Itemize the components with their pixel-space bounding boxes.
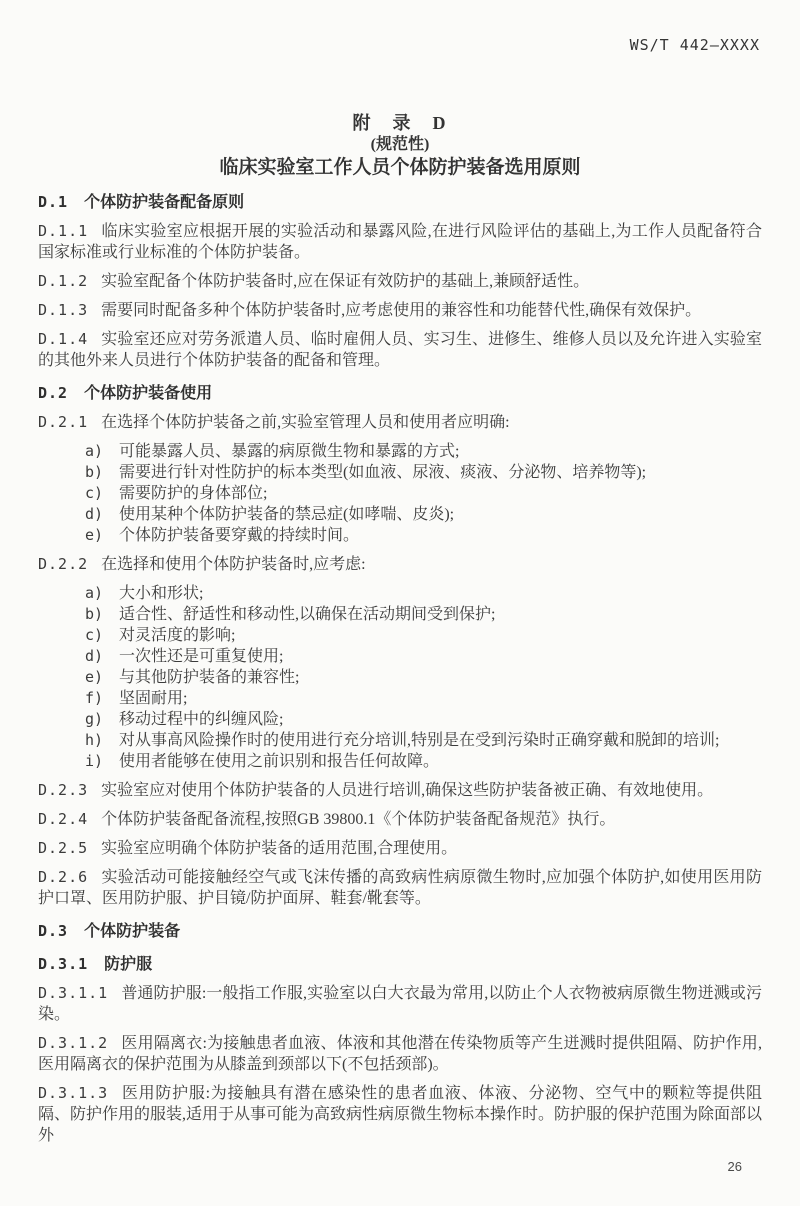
clause-list: a)大小和形状;b)适合性、舒适性和移动性,以确保在活动期间受到保护;c)对灵活…	[38, 583, 762, 772]
document-body: D.1个体防护装备配备原则D.1.1临床实验室应根据开展的实验活动和暴露风险,在…	[0, 192, 800, 1146]
clause-number: D.2.4	[38, 810, 88, 828]
list-item: d)一次性还是可重复使用;	[38, 646, 762, 667]
clause-text: 医用防护服:为接触具有潜在感染性的患者血液、体液、分泌物、空气中的颗粒等提供阻隔…	[38, 1085, 762, 1144]
clause-number: D.3.1.1	[38, 984, 108, 1002]
clause-number: D.3.1.2	[38, 1034, 108, 1052]
clause-text: 临床实验室应根据开展的实验活动和暴露风险,在进行风险评估的基础上,为工作人员配备…	[38, 223, 762, 261]
section-heading: D.1个体防护装备配备原则	[38, 192, 762, 213]
appendix-title-block: 附 录 D (规范性) 临床实验室工作人员个体防护装备选用原则	[0, 112, 800, 180]
list-item-text: 移动过程中的纠缠风险;	[119, 711, 283, 728]
clause-paragraph: D.2.6实验活动可能接触经空气或飞沫传播的高致病性病原微生物时,应加强个体防护…	[38, 867, 762, 909]
clause-paragraph: D.1.4实验室还应对劳务派遣人员、临时雇佣人员、实习生、进修生、维修人员以及允…	[38, 329, 762, 371]
list-item-label: a)	[85, 441, 119, 462]
list-item-label: a)	[85, 583, 119, 604]
list-item: b)需要进行针对性防护的标本类型(如血液、尿液、痰液、分泌物、培养物等);	[38, 462, 762, 483]
clause-number: D.1.4	[38, 330, 88, 348]
section-heading: D.2个体防护装备使用	[38, 383, 762, 404]
section-title: 个体防护装备	[84, 923, 180, 940]
section-number: D.2	[38, 384, 68, 402]
list-item: g)移动过程中的纠缠风险;	[38, 709, 762, 730]
list-item-text: 与其他防护装备的兼容性;	[119, 669, 299, 686]
appendix-subtitle: 临床实验室工作人员个体防护装备选用原则	[0, 156, 800, 180]
list-item-text: 大小和形状;	[119, 585, 203, 602]
list-item: b)适合性、舒适性和移动性,以确保在活动期间受到保护;	[38, 604, 762, 625]
section-heading: D.3个体防护装备	[38, 921, 762, 942]
clause-paragraph: D.2.4个体防护装备配备流程,按照GB 39800.1《个体防护装备配备规范》…	[38, 809, 762, 830]
clause-text: 实验室应对使用个体防护装备的人员进行培训,确保这些防护装备被正确、有效地使用。	[101, 782, 713, 799]
list-item: f)坚固耐用;	[38, 688, 762, 709]
clause-number: D.2.6	[38, 868, 88, 886]
clause-text: 在选择个体防护装备之前,实验室管理人员和使用者应明确:	[101, 414, 509, 431]
section-title: 个体防护装备配备原则	[84, 194, 244, 211]
list-item-label: h)	[85, 730, 119, 751]
list-item-text: 使用某种个体防护装备的禁忌症(如哮喘、皮炎);	[119, 506, 454, 523]
list-item-label: e)	[85, 525, 119, 546]
clause-paragraph: D.3.1.3医用防护服:为接触具有潜在感染性的患者血液、体液、分泌物、空气中的…	[38, 1083, 762, 1146]
clause-paragraph: D.3.1.1普通防护服:一般指工作服,实验室以白大衣最为常用,以防止个人衣物被…	[38, 983, 762, 1025]
normative-label: (规范性)	[0, 134, 800, 156]
list-item-label: e)	[85, 667, 119, 688]
section-number: D.1	[38, 193, 68, 211]
list-item: i)使用者能够在使用之前识别和报告任何故障。	[38, 751, 762, 772]
list-item: e)个体防护装备要穿戴的持续时间。	[38, 525, 762, 546]
list-item-label: c)	[85, 483, 119, 504]
list-item-label: i)	[85, 751, 119, 772]
clause-text: 普通防护服:一般指工作服,实验室以白大衣最为常用,以防止个人衣物被病原微生物迸溅…	[38, 985, 762, 1023]
list-item-text: 个体防护装备要穿戴的持续时间。	[119, 527, 359, 544]
section-title: 个体防护装备使用	[84, 385, 212, 402]
list-item: a)可能暴露人员、暴露的病原微生物和暴露的方式;	[38, 441, 762, 462]
clause-text: 需要同时配备多种个体防护装备时,应考虑使用的兼容性和功能替代性,确保有效保护。	[101, 302, 701, 319]
clause-number: D.2.2	[38, 555, 88, 573]
list-item-label: b)	[85, 604, 119, 625]
clause-number: D.1.2	[38, 272, 88, 290]
list-item: d)使用某种个体防护装备的禁忌症(如哮喘、皮炎);	[38, 504, 762, 525]
clause-paragraph: D.2.1在选择个体防护装备之前,实验室管理人员和使用者应明确:	[38, 412, 762, 433]
list-item-label: b)	[85, 462, 119, 483]
clause-paragraph: D.2.2在选择和使用个体防护装备时,应考虑:	[38, 554, 762, 575]
clause-text: 个体防护装备配备流程,按照GB 39800.1《个体防护装备配备规范》执行。	[101, 811, 615, 828]
clause-number: D.1.3	[38, 301, 88, 319]
page-number: 26	[728, 1159, 742, 1174]
clause-text: 实验室还应对劳务派遣人员、临时雇佣人员、实习生、进修生、维修人员以及允许进入实验…	[38, 331, 762, 369]
clause-paragraph: D.1.2实验室配备个体防护装备时,应在保证有效防护的基础上,兼顾舒适性。	[38, 271, 762, 292]
appendix-label: 附 录 D	[0, 112, 800, 134]
list-item-text: 适合性、舒适性和移动性,以确保在活动期间受到保护;	[119, 606, 495, 623]
clause-list: a)可能暴露人员、暴露的病原微生物和暴露的方式;b)需要进行针对性防护的标本类型…	[38, 441, 762, 546]
list-item: a)大小和形状;	[38, 583, 762, 604]
section-number: D.3	[38, 922, 68, 940]
list-item: e)与其他防护装备的兼容性;	[38, 667, 762, 688]
list-item: h)对从事高风险操作时的使用进行充分培训,特别是在受到污染时正确穿戴和脱卸的培训…	[38, 730, 762, 751]
clause-number: D.1.1	[38, 222, 88, 240]
list-item-text: 一次性还是可重复使用;	[119, 648, 283, 665]
list-item: c)需要防护的身体部位;	[38, 483, 762, 504]
clause-number: D.2.3	[38, 781, 88, 799]
clause-paragraph: D.1.1临床实验室应根据开展的实验活动和暴露风险,在进行风险评估的基础上,为工…	[38, 221, 762, 263]
clause-text: 在选择和使用个体防护装备时,应考虑:	[101, 556, 365, 573]
document-page: WS/T 442—XXXX 附 录 D (规范性) 临床实验室工作人员个体防护装…	[0, 0, 800, 1206]
section-number: D.3.1	[38, 955, 88, 973]
clause-number: D.2.1	[38, 413, 88, 431]
list-item-text: 对灵活度的影响;	[119, 627, 235, 644]
clause-paragraph: D.2.3实验室应对使用个体防护装备的人员进行培训,确保这些防护装备被正确、有效…	[38, 780, 762, 801]
list-item-text: 使用者能够在使用之前识别和报告任何故障。	[119, 753, 439, 770]
document-header: WS/T 442—XXXX	[0, 0, 800, 54]
clause-text: 实验室应明确个体防护装备的适用范围,合理使用。	[101, 840, 457, 857]
list-item: c)对灵活度的影响;	[38, 625, 762, 646]
clause-text: 医用隔离衣:为接触患者血液、体液和其他潜在传染物质等产生迸溅时提供阻隔、防护作用…	[38, 1035, 762, 1073]
clause-paragraph: D.1.3需要同时配备多种个体防护装备时,应考虑使用的兼容性和功能替代性,确保有…	[38, 300, 762, 321]
list-item-text: 可能暴露人员、暴露的病原微生物和暴露的方式;	[119, 443, 459, 460]
list-item-label: d)	[85, 646, 119, 667]
clause-paragraph: D.3.1.2医用隔离衣:为接触患者血液、体液和其他潜在传染物质等产生迸溅时提供…	[38, 1033, 762, 1075]
clause-text: 实验活动可能接触经空气或飞沫传播的高致病性病原微生物时,应加强个体防护,如使用医…	[38, 869, 762, 907]
clause-number: D.3.1.3	[38, 1084, 108, 1102]
section-heading: D.3.1防护服	[38, 954, 762, 975]
page-footer: 26	[728, 1159, 742, 1174]
list-item-text: 需要进行针对性防护的标本类型(如血液、尿液、痰液、分泌物、培养物等);	[119, 464, 646, 481]
clause-paragraph: D.2.5实验室应明确个体防护装备的适用范围,合理使用。	[38, 838, 762, 859]
clause-text: 实验室配备个体防护装备时,应在保证有效防护的基础上,兼顾舒适性。	[101, 273, 589, 290]
doc-number: WS/T 442—XXXX	[630, 36, 760, 54]
list-item-text: 需要防护的身体部位;	[119, 485, 267, 502]
section-title: 防护服	[104, 956, 152, 973]
list-item-label: c)	[85, 625, 119, 646]
clause-number: D.2.5	[38, 839, 88, 857]
list-item-label: d)	[85, 504, 119, 525]
list-item-label: f)	[85, 688, 119, 709]
list-item-text: 对从事高风险操作时的使用进行充分培训,特别是在受到污染时正确穿戴和脱卸的培训;	[119, 732, 719, 749]
list-item-label: g)	[85, 709, 119, 730]
list-item-text: 坚固耐用;	[119, 690, 187, 707]
